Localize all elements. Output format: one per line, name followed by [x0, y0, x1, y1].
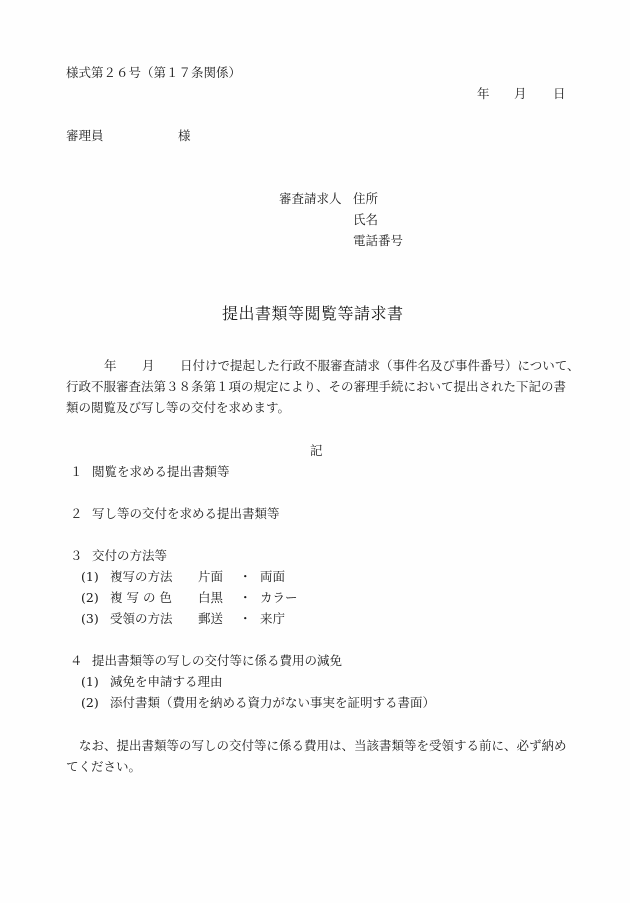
option-b[interactable]: 両面 [260, 571, 285, 584]
item-label: 受領の方法 [110, 613, 173, 626]
item-number: (1) [81, 676, 99, 689]
section-number: １ [70, 466, 83, 479]
section-number: ２ [70, 508, 83, 521]
section-number: ４ [70, 655, 83, 668]
option-a[interactable]: 片面 [198, 571, 223, 584]
body-year: 年 [104, 360, 117, 373]
date-month: 月 [514, 88, 527, 101]
item-label: 減免を申請する理由 [110, 676, 223, 689]
option-a[interactable]: 郵送 [198, 613, 223, 626]
section-label: 提出書類等の写しの交付等に係る費用の減免 [92, 655, 342, 668]
option-separator: ・ [239, 613, 252, 626]
item-number: (2) [81, 697, 99, 710]
option-b[interactable]: カラー [260, 592, 298, 605]
phone-label: 電話番号 [353, 235, 403, 248]
addressee-role: 審理員 [66, 130, 104, 143]
item-label: 添付書類（費用を納める資力がない事実を証明する書面） [110, 697, 435, 710]
note-line1: なお、提出書類等の写しの交付等に係る費用は、当該書類等を受領する前に、必ず納め [79, 740, 567, 753]
requester-label: 審査請求人 [279, 193, 342, 206]
document-title: 提出書類等閲覧等請求書 [222, 306, 404, 322]
option-a[interactable]: 白黒 [198, 592, 223, 605]
name-label: 氏名 [353, 214, 378, 227]
note-line2: てください。 [66, 761, 141, 774]
option-separator: ・ [239, 592, 252, 605]
address-label: 住所 [353, 193, 378, 206]
item-number: (3) [81, 613, 99, 626]
body-month: 月 [142, 360, 155, 373]
option-separator: ・ [239, 571, 252, 584]
ki-heading: 記 [310, 445, 323, 458]
body-line2: 行政不服審査法第３８条第１項の規定により、その審理手続において提出された下記の書 [66, 381, 566, 394]
item-number: (2) [81, 592, 99, 605]
body-line1: 日付けで提起した行政不服審査請求（事件名及び事件番号）について、 [180, 360, 580, 373]
section-label: 写し等の交付を求める提出書類等 [92, 508, 280, 521]
section-label: 閲覧を求める提出書類等 [92, 466, 230, 479]
item-number: (1) [81, 571, 99, 584]
option-b[interactable]: 来庁 [260, 613, 285, 626]
item-label: 複 写 の 色 [110, 592, 172, 605]
form-number: 様式第２６号（第１７条関係） [66, 67, 241, 80]
item-label: 複写の方法 [110, 571, 173, 584]
section-number: ３ [70, 550, 83, 563]
body-line3: 類の閲覧及び写し等の交付を求めます。 [66, 402, 290, 415]
date-day: 日 [553, 88, 566, 101]
addressee-honorific: 様 [178, 130, 191, 143]
date-year: 年 [477, 88, 490, 101]
section-label: 交付の方法等 [92, 550, 167, 563]
